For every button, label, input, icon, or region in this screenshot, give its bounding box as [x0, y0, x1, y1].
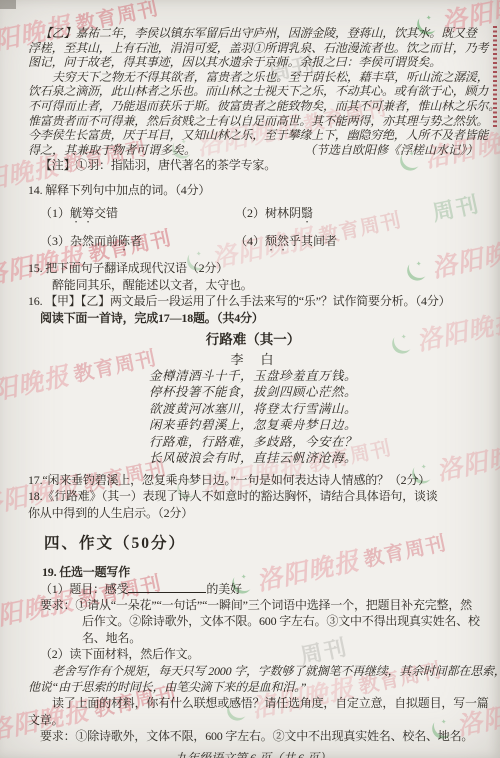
poem-line: 长风破浪会有时，直挂云帆济沧海。 [28, 450, 478, 467]
passage-line: 不可得而止者，乃能退而获乐于斯。彼富贵者之能致物矣，而其不可兼者，惟山林之乐尔。 [28, 99, 478, 114]
question-15-sentence: 醉能同其乐，醒能述以文者，太守也。 [28, 277, 478, 293]
q19-prompt-line: 文章。 [28, 712, 478, 728]
poem-body: 金樽清酒斗十千，玉盘珍羞直万钱。 停杯投箸不能食，拔剑四顾心茫然。 欲渡黄河冰塞… [28, 368, 478, 467]
passage-line: 饮石泉之滴沥，此山林者之乐也。而山林之士视天下之乐，不动其心。或有欲于心，顾力 [28, 84, 478, 99]
question-14-stem: 14. 解释下列句中加点的词。（4分） [28, 182, 478, 198]
passage-yi: 【乙】嘉祐二年，李侯以镇东军留后出守庐州，因游金陵，登蒋山，饮其水。既又登 浮槎… [28, 26, 478, 157]
q19-req1-line: 后作文。②除诗歌外，文体不限。600 字左右。③文中不得出现真实姓名、校 [82, 613, 478, 629]
q19-req1-line: 名、地名。 [82, 630, 478, 646]
q19-req1-line: 要求：①请从“一朵花”“一句话”“一瞬间”三个词语中选择一个，把题目补充完整，然 [40, 597, 478, 613]
exam-content: 【乙】嘉祐二年，李侯以镇东军留后出守庐州，因游金陵，登蒋山，饮其水。既又登 浮槎… [0, 0, 500, 758]
passage-line: 得之，其兼取于物者可谓多矣。 [28, 143, 196, 158]
title-blank [128, 581, 206, 593]
q14-item-1: （1）觥筹交错 [40, 205, 235, 226]
poem-title: 行路难（其一） [28, 331, 478, 349]
poem-line: 金樽清酒斗十千，玉盘珍羞直万钱。 [28, 368, 478, 385]
question-18-stem: 18.《行路难》（其一）表现了诗人不如意时的豁达胸怀，请结合具体语句，谈谈 [28, 488, 478, 504]
q14-items-row1: （1）觥筹交错 （2）树林阴翳 [40, 205, 478, 226]
poem-line: 欲渡黄河冰塞川，将登太行雪满山。 [28, 401, 478, 418]
q19-req2: 要求：①除诗歌外，文体不限，600 字左右。②文中不出现真实姓名、校名、地名。 [28, 728, 478, 744]
poem-line: 行路难，行路难，多歧路，今安在？ [28, 434, 478, 451]
question-16-stem: 16. 【甲】【乙】两文最后一段运用了什么手法来写的“乐”？试作简要分析。（4分… [28, 293, 478, 309]
q14-item-3: （3）杂然而前陈者 [40, 233, 235, 254]
question-18-continuation: 你从中得到的人生启示。（2分） [28, 505, 478, 521]
passage-line: 浮槎，至其山，上有石池，涓涓可爱，盖羽①所谓乳泉、石池漫流者也。饮之而甘，乃考 [28, 41, 478, 56]
q19-material-line: 老舍写作有个规矩，每天只写 2000 字，字数够了就搁笔不再继续，其余时间都在思… [28, 663, 478, 679]
passage-last-line: 得之，其兼取于物者可谓多矣。 （节选自欧阳修《浮槎山水记》） [28, 143, 478, 158]
q19-prompt-line: 读了上面的材料，你有什么联想或感悟？请任选角度，自定立意，自拟题目，写一篇 [28, 695, 478, 711]
poem-line: 闲来垂钓碧溪上，忽复乘舟梦日边。 [28, 417, 478, 434]
passage-line: 【乙】嘉祐二年，李侯以镇东军留后出守庐州，因游金陵，登蒋山，饮其水。既又登 [28, 26, 478, 41]
poem-author: 李 白 [28, 351, 478, 368]
page-footer: 九年级语文第 6 页（共 6 页） [28, 750, 478, 758]
q14-items-row2: （3）杂然而前陈者 （4）颓然乎其间者 [40, 233, 478, 254]
q19-option2: （2）读下面材料，然后作文。 [40, 646, 478, 662]
question-19-stem: 19. 任选一题写作 [42, 564, 478, 580]
section-4-heading: 四、作文（50分） [44, 534, 478, 554]
passage-note: 【注】①羽：指陆羽，唐代著名的茶学专家。 [28, 158, 478, 173]
passage-line: 惟富贵者而不可得兼，然后贫贱之士有以自足而高世。其不能两得，亦其理与势之然欤。 [28, 114, 478, 129]
passage-line: 夫穷天下之物无不得其欲者，富贵者之乐也。至于荫长松，藉丰草，听山流之潺湲， [28, 70, 478, 85]
passage-line: 今李侯生长富贵，厌于耳目，又知山林之乐，至于攀缘上下，幽隐穷绝，人所不及者皆能 [28, 128, 478, 143]
poem-line: 停杯投箸不能食，拔剑四顾心茫然。 [28, 384, 478, 401]
q19-material-line: 他说“由于思索的时间长，由笔尖滴下来的是血和泪。” [28, 679, 478, 695]
q14-item-4: （4）颓然乎其间者 [235, 233, 337, 254]
question-15-stem: 15. 把下面句子翻译成现代汉语（2分） [28, 260, 478, 276]
question-17-stem: 17.“闲来垂钓碧溪上，忽复乘舟梦日边。”一句是如何表达诗人情感的？（2分） [28, 472, 478, 488]
q14-item-2: （2）树林阴翳 [235, 205, 313, 226]
passage-line: 图记，问于故老，得其事迹，因以其水遗余于京师。余报之曰：李侯可谓贤矣。 [28, 55, 478, 70]
passage-source: （节选自欧阳修《浮槎山水记》） [304, 143, 478, 158]
q19-option1-title: （1）题目：感受的美好 [40, 581, 478, 597]
poem-intro: 阅读下面一首诗，完成17—18题。（共4分） [28, 310, 478, 326]
scanned-exam-page: 洛阳晚报教育周刊 洛阳晚报教育周刊 洛阳晚报教育周刊 洛阳晚报教育周刊 洛阳晚报… [0, 0, 500, 758]
